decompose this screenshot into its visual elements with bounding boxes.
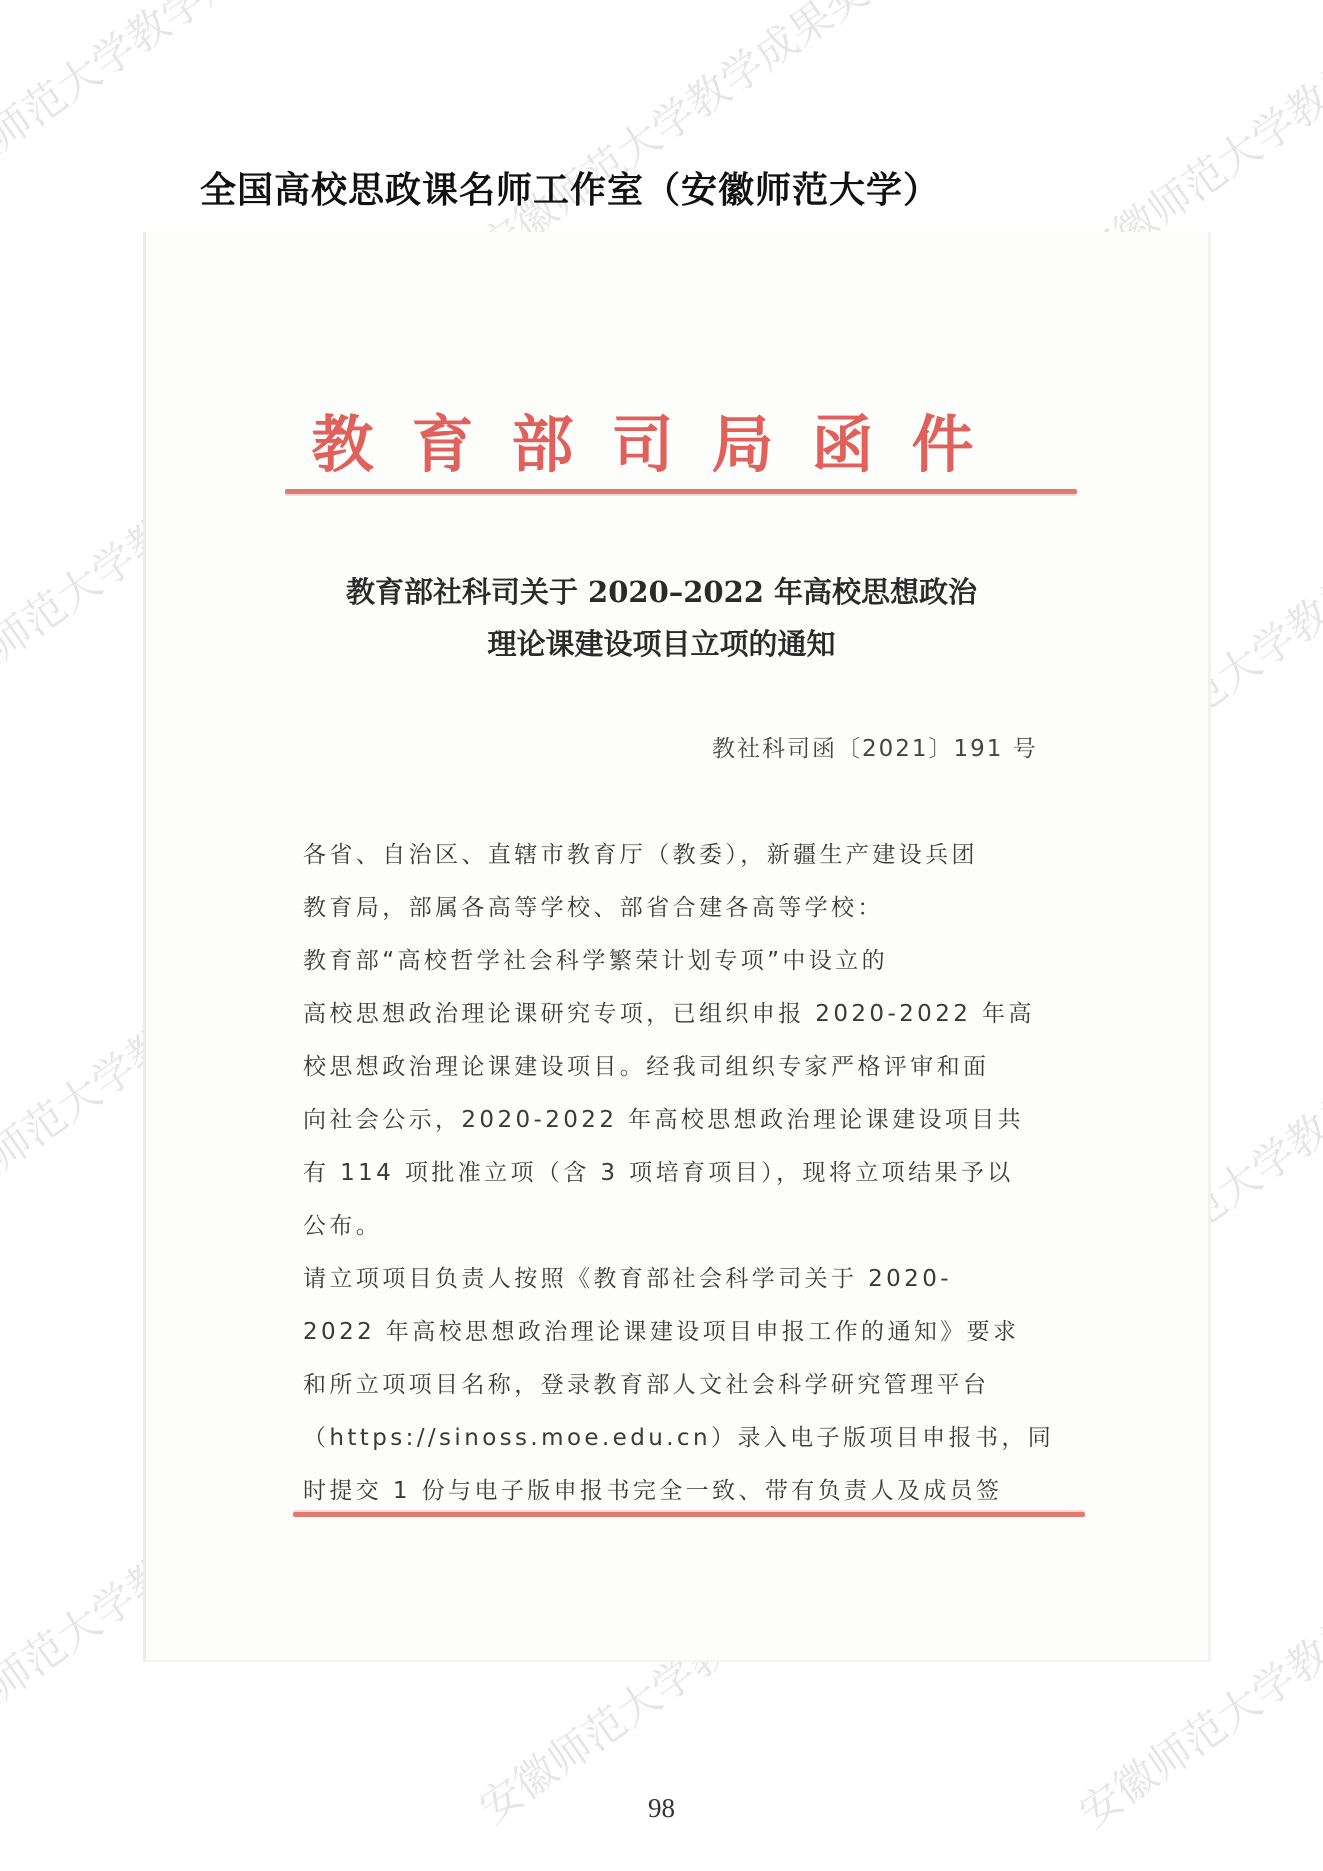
body-line: 请立项项目负责人按照《教育部社会科学司关于 2020- [303,1264,1063,1294]
body-line: 向社会公示，2020-2022 年高校思想政治理论课建设项目共 [303,1105,1063,1135]
letterhead-issuer: 教育部司局函件 [0,395,1323,484]
body-line: 2022 年高校思想政治理论课建设项目申报工作的通知》要求 [303,1317,1063,1347]
body-line: 公布。 [303,1211,1063,1241]
letterhead-red-rule [285,489,1077,494]
document-title-line-2: 理论课建设项目立项的通知 [0,622,1323,663]
body-line: 高校思想政治理论课研究专项，已组织申报 2020-2022 年高 [303,999,1063,1029]
body-line: （https://sinoss.moe.edu.cn）录入电子版项目申报书，同 [303,1423,1063,1453]
body-line: 校思想政治理论课建设项目。经我司组织专家严格评审和面 [303,1052,1063,1082]
page-heading: 全国高校思政课名师工作室（安徽师范大学） [200,162,1020,213]
body-line: 各省、自治区、直辖市教育厅（教委），新疆生产建设兵团 [303,840,1063,870]
page-bottom-red-rule [293,1512,1085,1517]
body-line: 有 114 项批准立项（含 3 项培育项目），现将立项结果予以 [303,1158,1063,1188]
body-line: 教育部“高校哲学社会科学繁荣计划专项”中设立的 [303,946,1063,976]
document-title-line-1: 教育部社科司关于 2020–2022 年高校思想政治 [0,570,1323,611]
body-line: 和所立项项目名称，登录教育部人文社会科学研究管理平台 [303,1370,1063,1400]
body-line: 教育局，部属各高等学校、部省合建各高等学校： [303,893,1063,923]
body-line: 时提交 1 份与电子版申报书完全一致、带有负责人及成员签 [303,1476,1063,1506]
page-number: 98 [0,1793,1323,1824]
reference-number: 教社科司函〔2021〕191 号 [712,730,1038,763]
